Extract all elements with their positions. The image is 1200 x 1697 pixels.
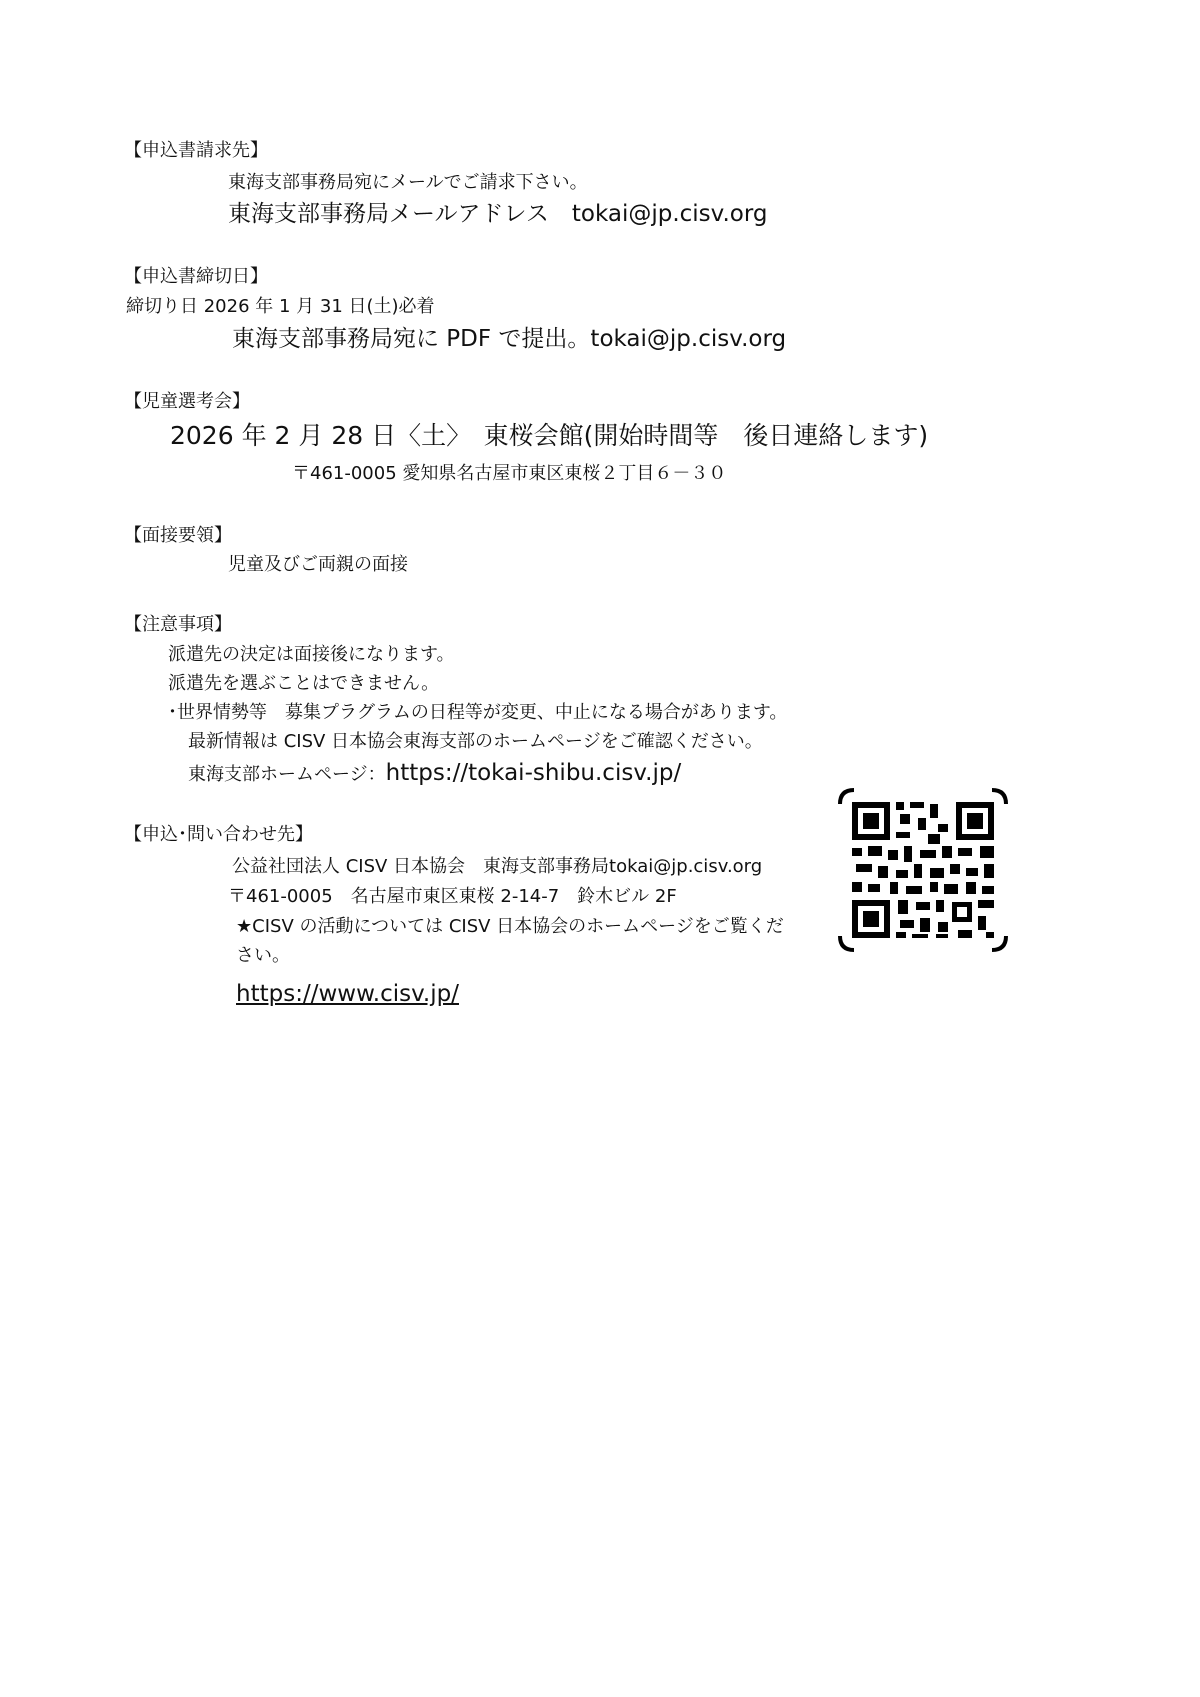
selection-address: 〒461-0005 愛知県名古屋市東区東桜２丁目６－３０ <box>292 465 726 483</box>
section-heading-deadline: 【申込書締切日】 <box>124 268 268 286</box>
cisv-homepage-link[interactable]: https://www.cisv.jp/ <box>236 983 459 1006</box>
section-heading-notes: 【注意事項】 <box>124 616 232 634</box>
note-line-2: 派遣先を選ぶことはできません。 <box>168 675 439 693</box>
contact-address: 〒461-0005 名古屋市東区東桜 2-14-7 鈴木ビル 2F <box>228 888 677 906</box>
note-line-1: 派遣先の決定は面接後になります。 <box>168 646 455 664</box>
request-email-line: 東海支部事務局メールアドレス tokai@jp.cisv.org <box>228 203 768 226</box>
qr-code-icon <box>838 788 1008 952</box>
section-heading-selection: 【児童選考会】 <box>124 393 250 411</box>
deadline-date: 締切り日 2026 年 1 月 31 日(土)必着 <box>126 298 435 316</box>
selection-date-venue: 2026 年 2 月 28 日〈土〉 東桜会館(開始時間等 後日連絡します) <box>170 423 928 448</box>
deadline-submission: 東海支部事務局宛に PDF で提出。tokai@jp.cisv.org <box>232 328 786 351</box>
contact-organization: 公益社団法人 CISV 日本協会 東海支部事務局tokai@jp.cisv.or… <box>232 858 762 876</box>
note-line-4: 最新情報は CISV 日本協会東海支部のホームページをご確認ください。 <box>188 733 763 751</box>
section-heading-interview: 【面接要領】 <box>124 527 232 545</box>
homepage-label: 東海支部ホームページ： <box>188 764 386 785</box>
contact-note-line-2: さい。 <box>236 947 290 965</box>
section-heading-contact: 【申込･問い合わせ先】 <box>124 826 313 844</box>
contact-note-line-1: ★CISV の活動については CISV 日本協会のホームページをご覧くだ <box>236 918 784 936</box>
homepage-line: 東海支部ホームページ：https://tokai-shibu.cisv.jp/ <box>188 762 681 785</box>
note-line-3: ･世界情勢等 募集プラグラムの日程等が変更、中止になる場合があります。 <box>168 704 787 722</box>
request-instruction: 東海支部事務局宛にメールでご請求下さい。 <box>228 174 588 192</box>
interview-detail: 児童及びご両親の面接 <box>228 556 408 574</box>
homepage-url-link[interactable]: https://tokai-shibu.cisv.jp/ <box>386 760 682 786</box>
section-heading-request: 【申込書請求先】 <box>124 142 268 160</box>
